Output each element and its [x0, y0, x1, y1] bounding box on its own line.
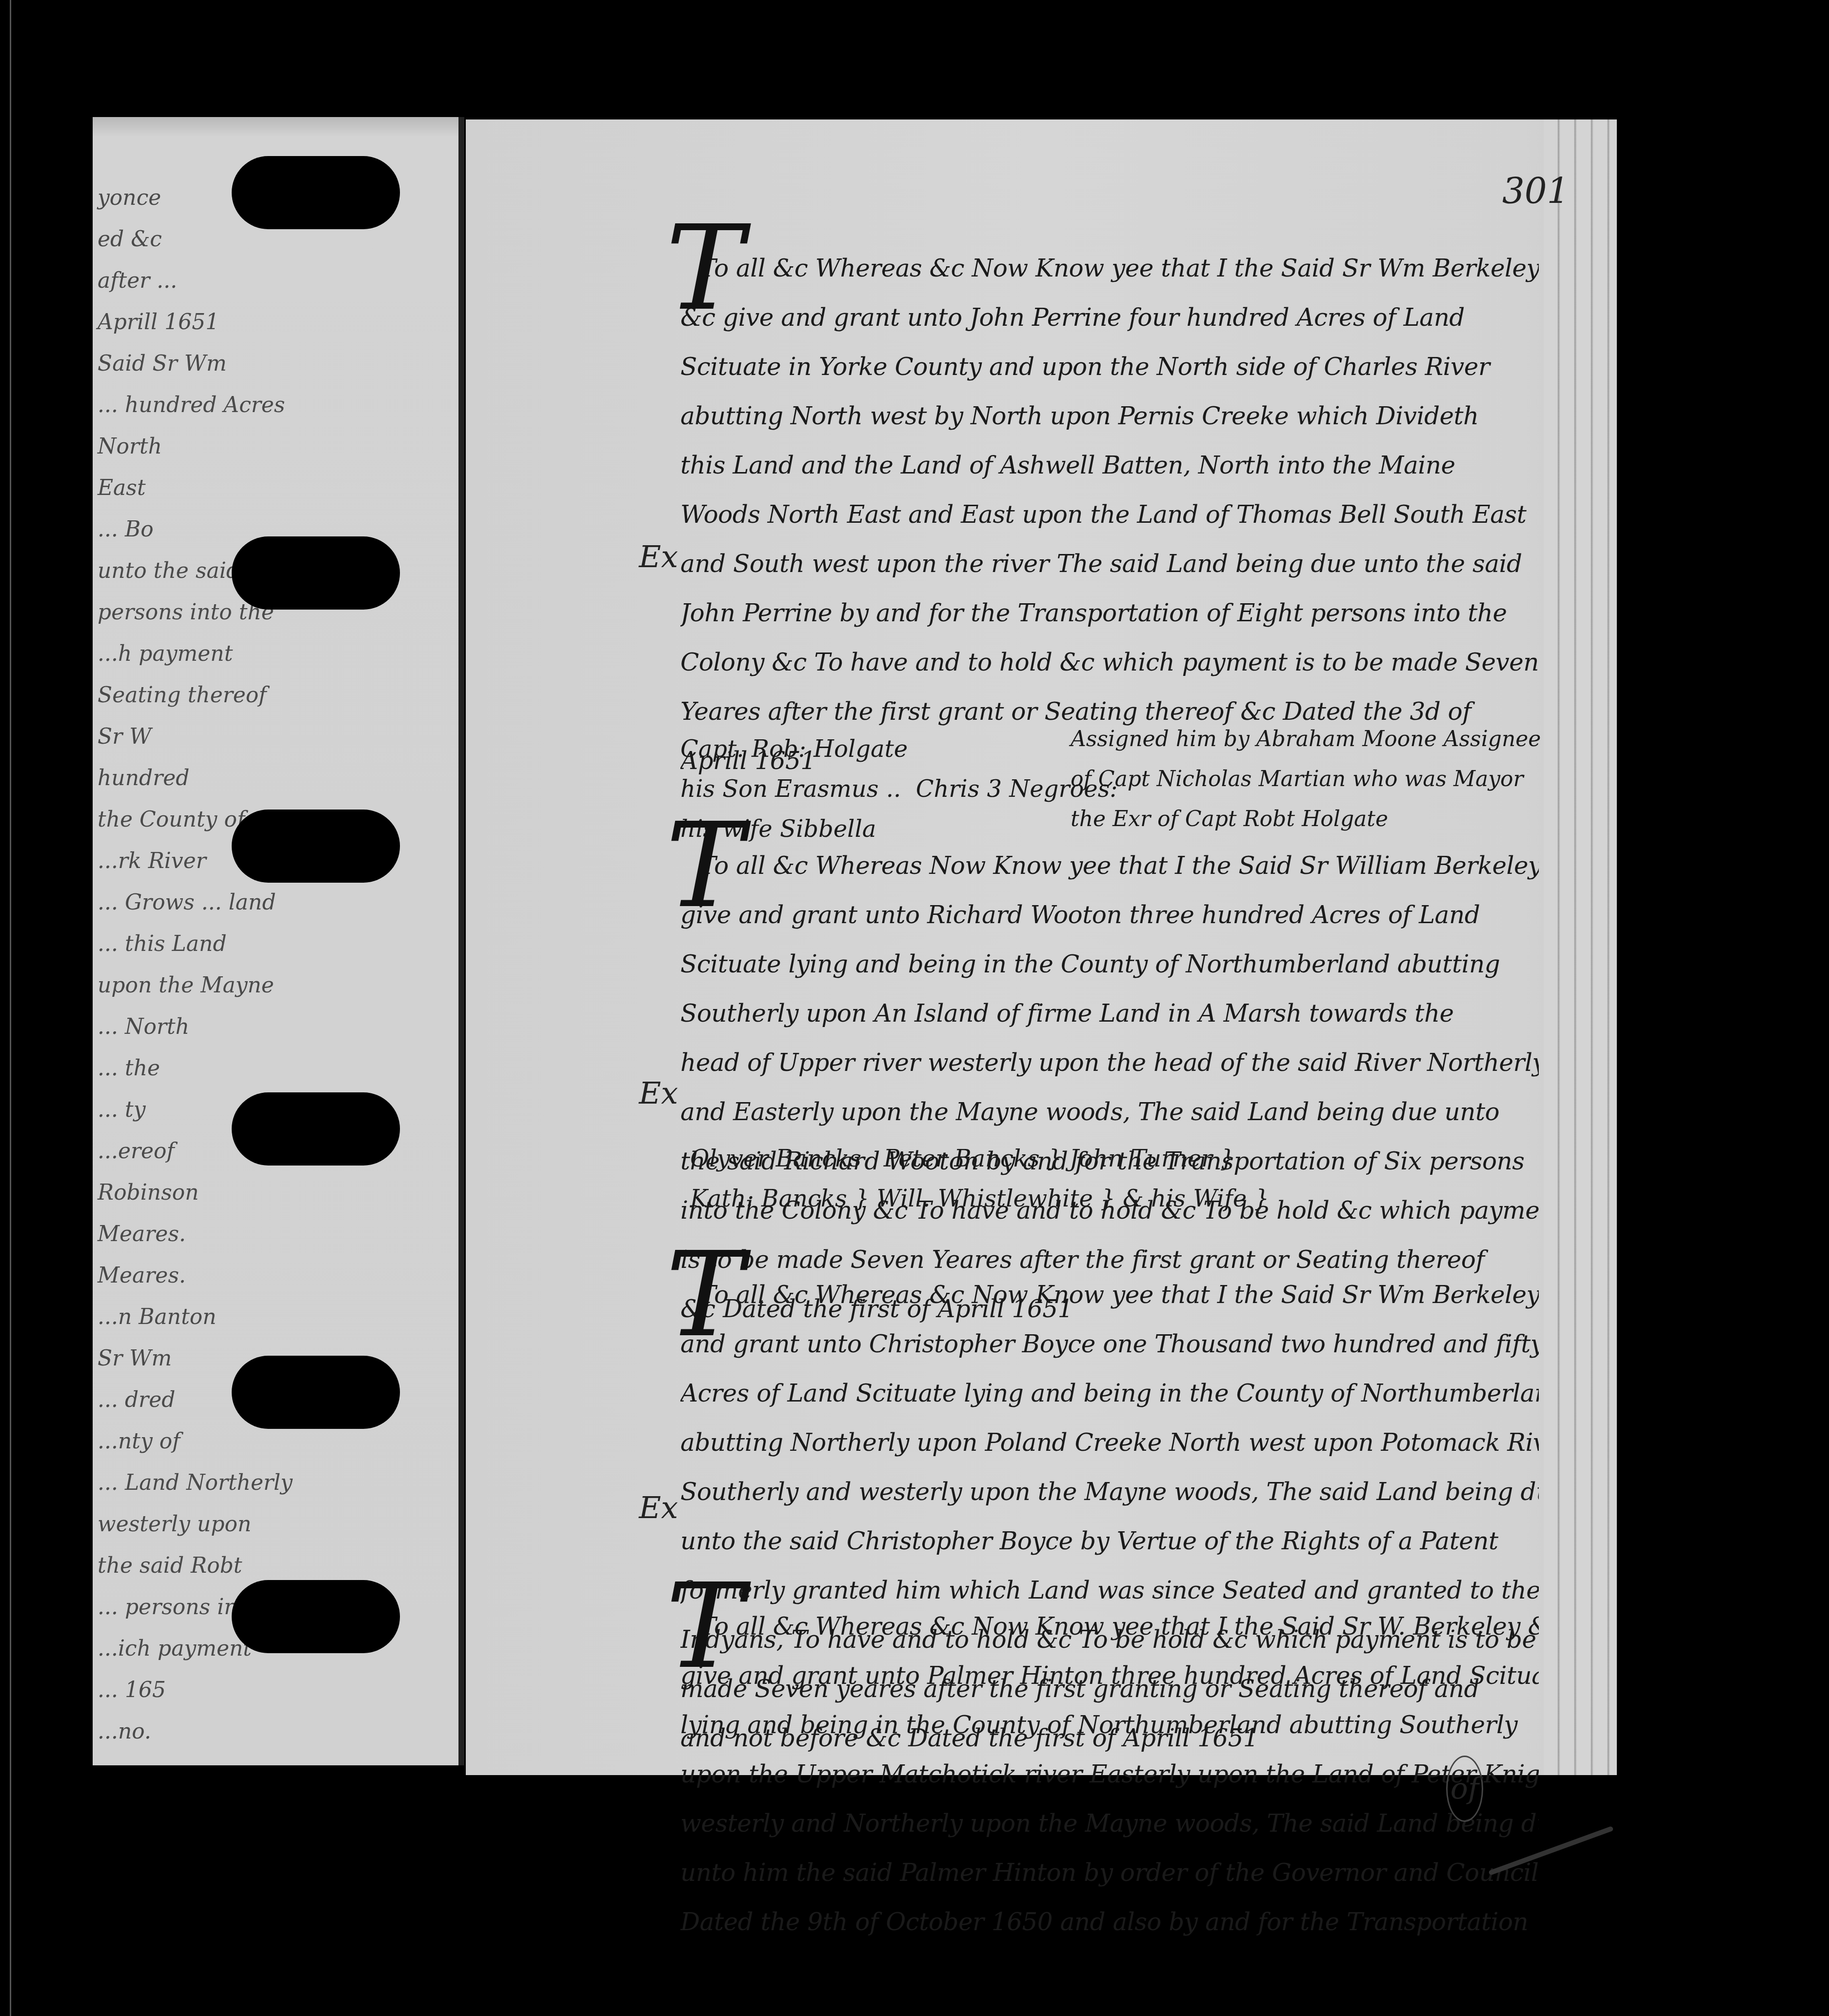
punch-hole [232, 810, 400, 883]
punch-hole [232, 1092, 400, 1166]
margin-mark-examined: Ex [639, 1075, 678, 1111]
film-edge [10, 0, 11, 2016]
margin-fragment: westerly upon [98, 1512, 251, 1537]
margin-fragment: ...no. [98, 1719, 151, 1744]
headrights-list: Capt. Rob: Holgate his Son Erasmus .. Ch… [680, 729, 1118, 849]
drop-cap-flourish: T [666, 200, 744, 336]
manuscript-line: and grant unto Christopher Boyce one Tho… [680, 1320, 1539, 1369]
margin-fragment: unto the said [98, 558, 240, 583]
page-number: 301 [1502, 171, 1569, 212]
margin-fragment: ... North [98, 1014, 189, 1039]
margin-fragment: ...h payment [98, 641, 233, 666]
punch-hole [232, 1356, 400, 1429]
manuscript-line: To all &c Whereas &c Now Know yee that I… [680, 1270, 1539, 1320]
margin-fragment: Said Sr Wm [98, 351, 227, 376]
margin-mark-examined: Ex [639, 1490, 678, 1525]
right-page: 301 T To all &c Whereas &c Now Know yee … [466, 119, 1617, 1775]
manuscript-line: &c give and grant unto John Perrine four… [680, 293, 1539, 342]
margin-fragment: ... dred [98, 1387, 175, 1412]
margin-fragment: persons into the [98, 600, 274, 625]
manuscript-line: this Land and the Land of Ashwell Batten… [680, 441, 1539, 490]
manuscript-line: Southerly upon An Island of firme Land i… [680, 989, 1539, 1038]
margin-fragment: Robinson [98, 1180, 199, 1205]
margin-fragment: ... 165 [98, 1678, 166, 1702]
margin-fragment: Meares. [98, 1222, 186, 1246]
margin-fragment: ... Bo [98, 517, 154, 542]
margin-fragment: Aprill 1651 [98, 310, 219, 335]
manuscript-line: lying and being in the County of Northum… [680, 1700, 1539, 1750]
margin-fragment: North [98, 434, 162, 459]
manuscript-line: give and grant unto Palmer Hinton three … [680, 1651, 1539, 1700]
patent-entry-hinton: T To all &c Whereas &c Now Know yee that… [680, 1602, 1539, 1947]
manuscript-line: abutting North west by North upon Pernis… [680, 392, 1539, 441]
headrights-list: Olyver Bancks Peter Bancks } John Turner… [690, 1139, 1269, 1219]
manuscript-line: To all &c Whereas Now Know yee that I th… [680, 841, 1539, 890]
manuscript-line: and Easterly upon the Mayne woods, The s… [680, 1087, 1539, 1137]
manuscript-line: abutting Northerly upon Poland Creeke No… [680, 1418, 1539, 1467]
drop-cap-flourish: T [666, 797, 744, 934]
manuscript-line: John Perrine by and for the Transportati… [680, 589, 1539, 638]
manuscript-line: Colony &c To have and to hold &c which p… [680, 638, 1539, 687]
margin-fragment: yonce [98, 185, 161, 210]
margin-fragment: ... hundred Acres [98, 393, 285, 417]
margin-mark-examined: Ex [639, 539, 678, 574]
manuscript-line: unto him the said Palmer Hinton by order… [680, 1848, 1539, 1897]
page-edges [1544, 119, 1617, 1775]
drop-cap-flourish: T [666, 1226, 744, 1363]
manuscript-line: Dated the 9th of October 1650 and also b… [680, 1897, 1539, 1947]
manuscript-line: Scituate lying and being in the County o… [680, 940, 1539, 989]
margin-fragment: the said Robt [98, 1553, 242, 1578]
margin-fragment: ...ereof [98, 1139, 175, 1164]
margin-fragment: ...ich payment [98, 1636, 252, 1661]
margin-fragment: hundred [98, 766, 189, 791]
margin-fragment: Seating thereof [98, 683, 267, 708]
manuscript-line: Southerly and westerly upon the Mayne wo… [680, 1467, 1539, 1517]
manuscript-line: To all &c Whereas &c Now Know yee that I… [680, 1602, 1539, 1651]
patent-entry-perrine: T To all &c Whereas &c Now Know yee that… [680, 244, 1539, 786]
manuscript-line: head of Upper river westerly upon the he… [680, 1038, 1539, 1087]
margin-fragment: after ... [98, 268, 177, 293]
margin-fragment: ...n Banton [98, 1304, 217, 1329]
margin-fragment: Sr Wm [98, 1346, 172, 1371]
drop-cap-flourish: T [666, 1558, 744, 1695]
punch-hole [232, 156, 400, 229]
manuscript-line: upon the Upper Matchotick river Easterly… [680, 1750, 1539, 1799]
headright-name: Capt. Rob: Holgate [680, 729, 1118, 769]
assignment-note: Assigned him by Abraham Moone Assignee o… [1071, 719, 1541, 839]
manuscript-line: westerly and Northerly upon the Mayne wo… [680, 1799, 1539, 1848]
margin-fragment: ... Land Northerly [98, 1470, 293, 1495]
manuscript-line: Scituate in Yorke County and upon the No… [680, 342, 1539, 392]
book-gutter [458, 117, 464, 1765]
margin-fragment: ed &c [98, 227, 162, 252]
manuscript-line: and South west upon the river The said L… [680, 539, 1539, 589]
manuscript-line: Acres of Land Scituate lying and being i… [680, 1369, 1539, 1418]
manuscript-line: Woods North East and East upon the Land … [680, 490, 1539, 539]
left-page: ...no.... 165...ich payment... persons i… [93, 117, 458, 1765]
margin-fragment: upon the Mayne [98, 973, 274, 998]
patent-entry-wooton: T To all &c Whereas Now Know yee that I … [680, 841, 1539, 1334]
margin-fragment: East [98, 475, 146, 500]
margin-fragment: ... the [98, 1056, 160, 1081]
manuscript-line: To all &c Whereas &c Now Know yee that I… [680, 244, 1539, 293]
punch-hole [232, 536, 400, 610]
punch-hole [232, 1580, 400, 1653]
margin-fragment: ... ty [98, 1097, 145, 1122]
margin-fragment: ...rk River [98, 849, 206, 873]
margin-fragment: the County of [98, 807, 245, 832]
margin-fragment: ...nty of [98, 1429, 180, 1454]
margin-fragment: ... this Land [98, 931, 227, 956]
catchword: of [1446, 1756, 1483, 1822]
margin-fragment: Meares. [98, 1263, 186, 1288]
margin-fragment: ... Grows ... land [98, 890, 276, 915]
margin-fragment: Sr W [98, 724, 151, 749]
manuscript-line: unto the said Christopher Boyce by Vertu… [680, 1517, 1539, 1566]
manuscript-line: give and grant unto Richard Wooton three… [680, 890, 1539, 940]
